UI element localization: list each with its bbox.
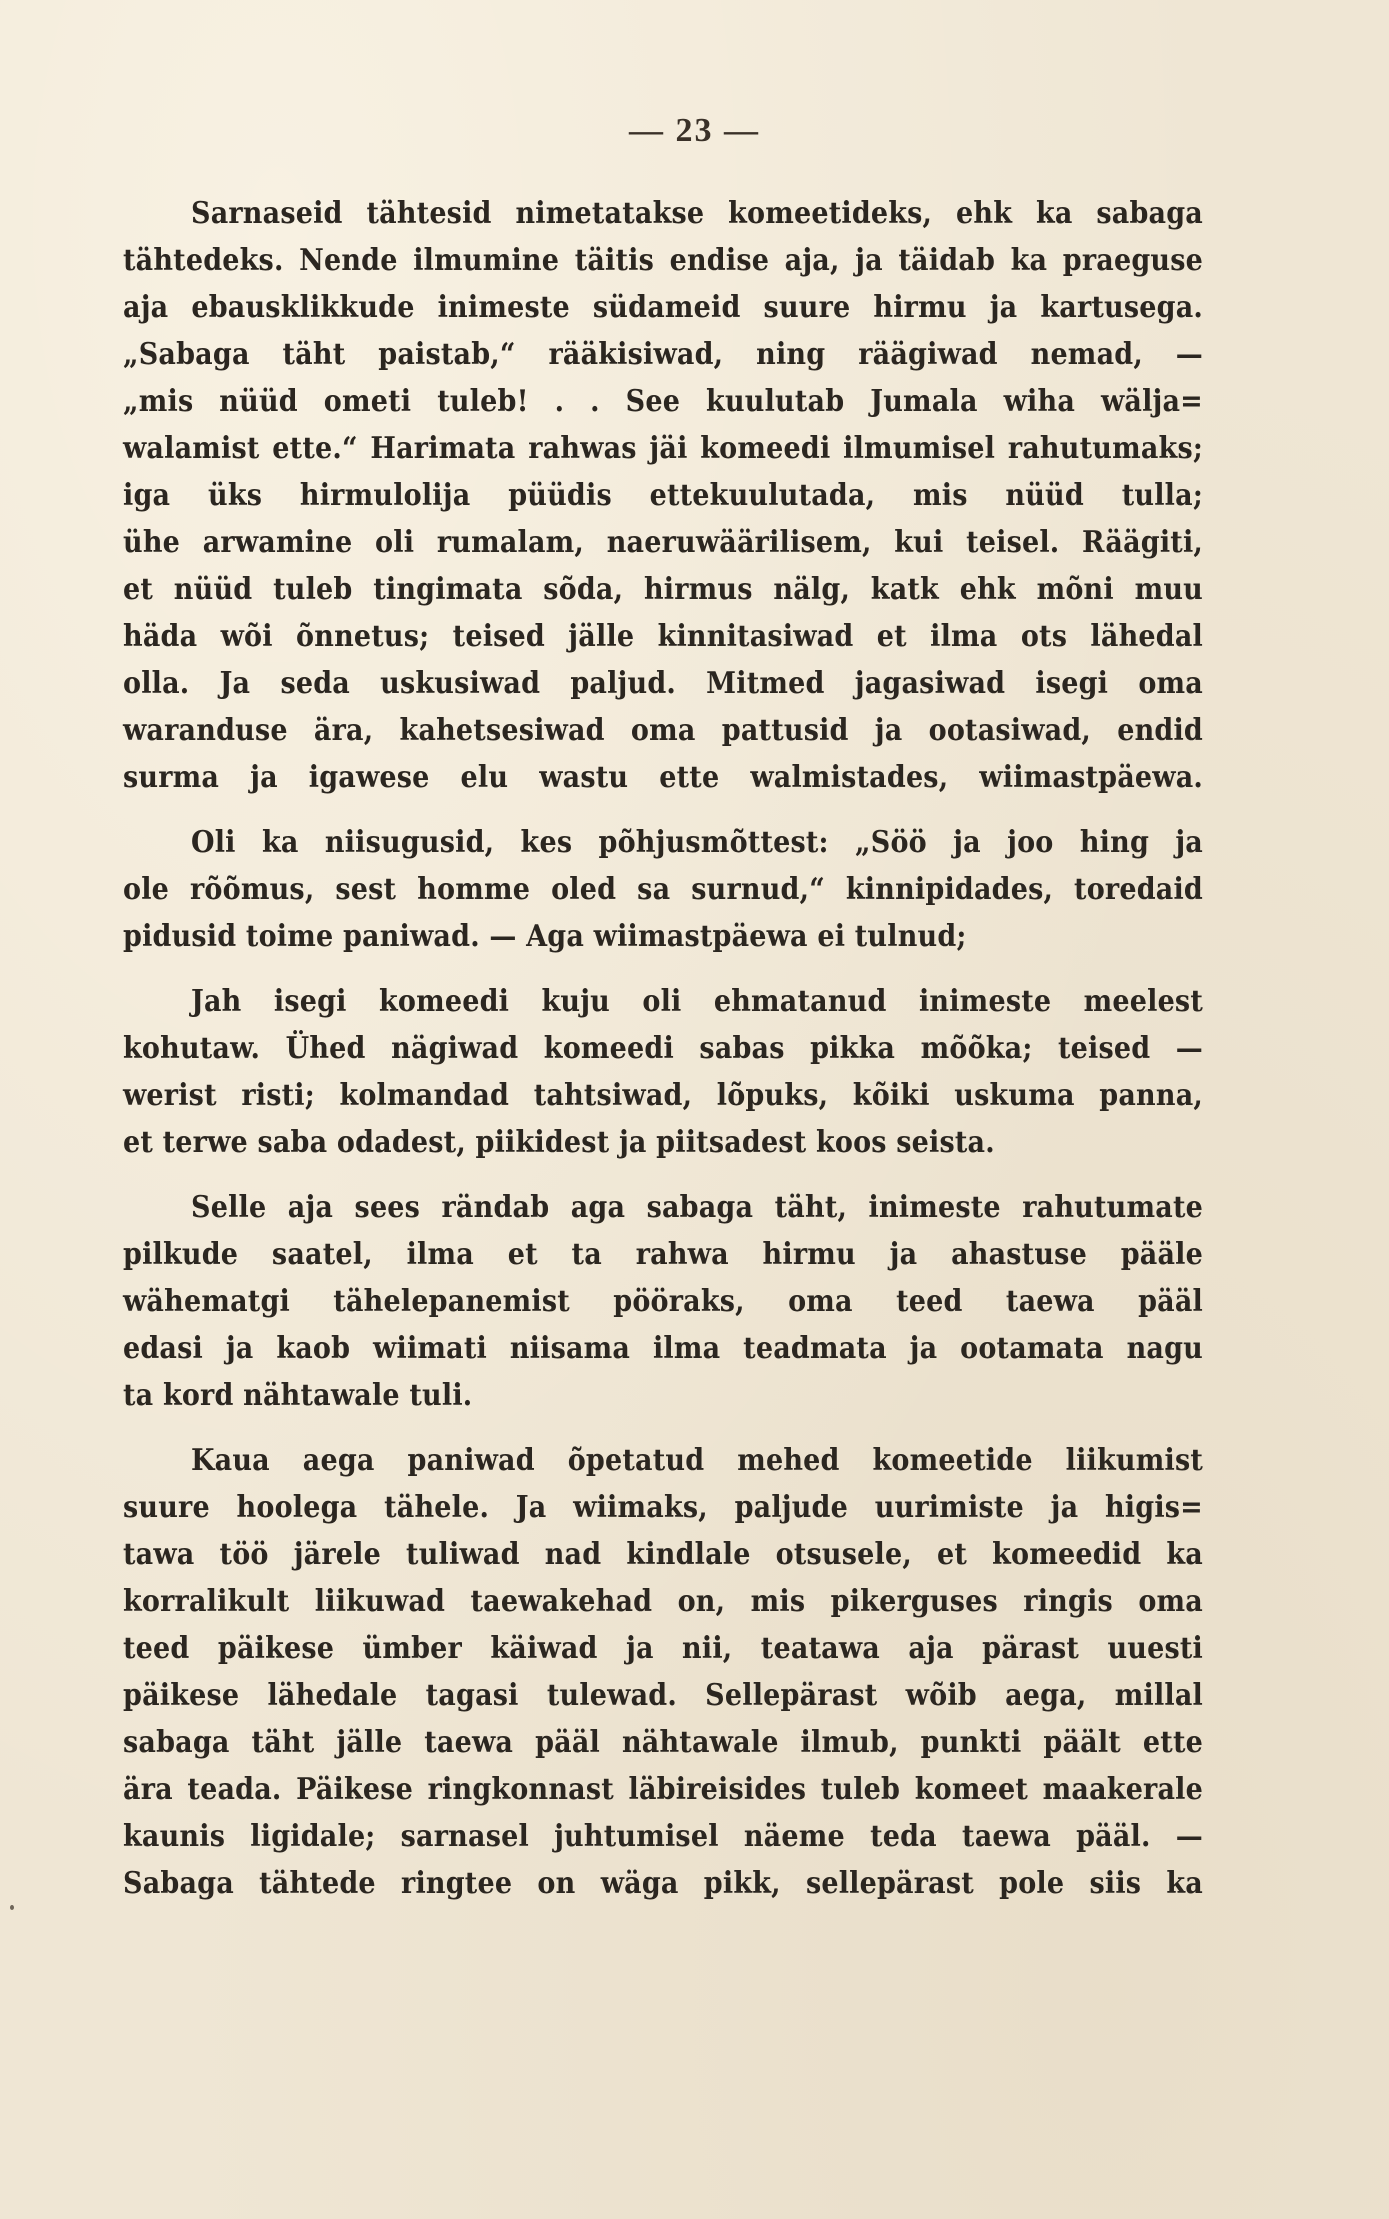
text-line: Sarnaseid tähtesid nimetatakse komeetide… [123, 190, 1203, 237]
text-line: pidusid toime paniwad. — Aga wiimastpäew… [123, 913, 1203, 960]
text-line: sabaga täht jälle taewa pääl nähtawale i… [123, 1719, 1203, 1766]
text-line: aja ebausklikkude inimeste südameid suur… [123, 284, 1203, 331]
text-line: Oli ka niisugusid, kes põhjusmõttest: „S… [123, 819, 1203, 866]
text-line: teed päikese ümber käiwad ja nii, teataw… [123, 1625, 1203, 1672]
paragraph-gap [123, 960, 1203, 978]
text-line: päikese lähedale tagasi tulewad. Sellepä… [123, 1672, 1203, 1719]
paper-speck [10, 1905, 14, 1910]
text-line: ole rõõmus, sest homme oled sa surnud,“ … [123, 866, 1203, 913]
text-line: kaunis ligidale; sarnasel juhtumisel näe… [123, 1813, 1203, 1860]
text-line: iga üks hirmulolija püüdis ettekuulutada… [123, 472, 1203, 519]
text-line: Sabaga tähtede ringtee on wäga pikk, sel… [123, 1860, 1203, 1907]
text-line: häda wõi õnnetus; teised jälle kinnitasi… [123, 613, 1203, 660]
text-line: walamist ette.“ Harimata rahwas jäi kome… [123, 425, 1203, 472]
text-line: tawa töö järele tuliwad nad kindlale ots… [123, 1531, 1203, 1578]
paragraph: Sarnaseid tähtesid nimetatakse komeetide… [123, 190, 1203, 801]
text-line: suure hoolega tähele. Ja wiimaks, paljud… [123, 1484, 1203, 1531]
paragraph: Kaua aega paniwad õpetatud mehed komeeti… [123, 1437, 1203, 1907]
text-line: waranduse ära, kahetsesiwad oma pattusid… [123, 707, 1203, 754]
body-text: Sarnaseid tähtesid nimetatakse komeetide… [123, 190, 1203, 1907]
text-line: korralikult liikuwad taewakehad on, mis … [123, 1578, 1203, 1625]
text-line: werist risti; kolmandad tahtsiwad, lõpuk… [123, 1072, 1203, 1119]
paragraph-gap [123, 801, 1203, 819]
paragraph: Oli ka niisugusid, kes põhjusmõttest: „S… [123, 819, 1203, 960]
text-line: pilkude saatel, ilma et ta rahwa hirmu j… [123, 1231, 1203, 1278]
paragraph-gap [123, 1166, 1203, 1184]
page-number: — 23 — [0, 112, 1389, 150]
text-line: et terwe saba odadest, piikidest ja piit… [123, 1119, 1203, 1166]
text-line: kohutaw. Ühed nägiwad komeedi sabas pikk… [123, 1025, 1203, 1072]
paragraph-gap [123, 1419, 1203, 1437]
text-line: olla. Ja seda uskusiwad paljud. Mitmed j… [123, 660, 1203, 707]
text-line: et nüüd tuleb tingimata sõda, hirmus näl… [123, 566, 1203, 613]
paragraph: Selle aja sees rändab aga sabaga täht, i… [123, 1184, 1203, 1419]
text-line: Selle aja sees rändab aga sabaga täht, i… [123, 1184, 1203, 1231]
text-line: ühe arwamine oli rumalam, naeruwäärilise… [123, 519, 1203, 566]
text-line: wähematgi tähelepanemist pööraks, oma te… [123, 1278, 1203, 1325]
text-line: ta kord nähtawale tuli. [123, 1372, 1203, 1419]
text-line: ära teada. Päikese ringkonnast läbireisi… [123, 1766, 1203, 1813]
paragraph: Jah isegi komeedi kuju oli ehmatanud ini… [123, 978, 1203, 1166]
text-line: Jah isegi komeedi kuju oli ehmatanud ini… [123, 978, 1203, 1025]
text-line: „Sabaga täht paistab,“ rääkisiwad, ning … [123, 331, 1203, 378]
text-line: „mis nüüd ometi tuleb! . . See kuulutab … [123, 378, 1203, 425]
text-line: Kaua aega paniwad õpetatud mehed komeeti… [123, 1437, 1203, 1484]
text-line: edasi ja kaob wiimati niisama ilma teadm… [123, 1325, 1203, 1372]
text-line: surma ja igawese elu wastu ette walmista… [123, 754, 1203, 801]
text-line: tähtedeks. Nende ilmumine täitis endise … [123, 237, 1203, 284]
